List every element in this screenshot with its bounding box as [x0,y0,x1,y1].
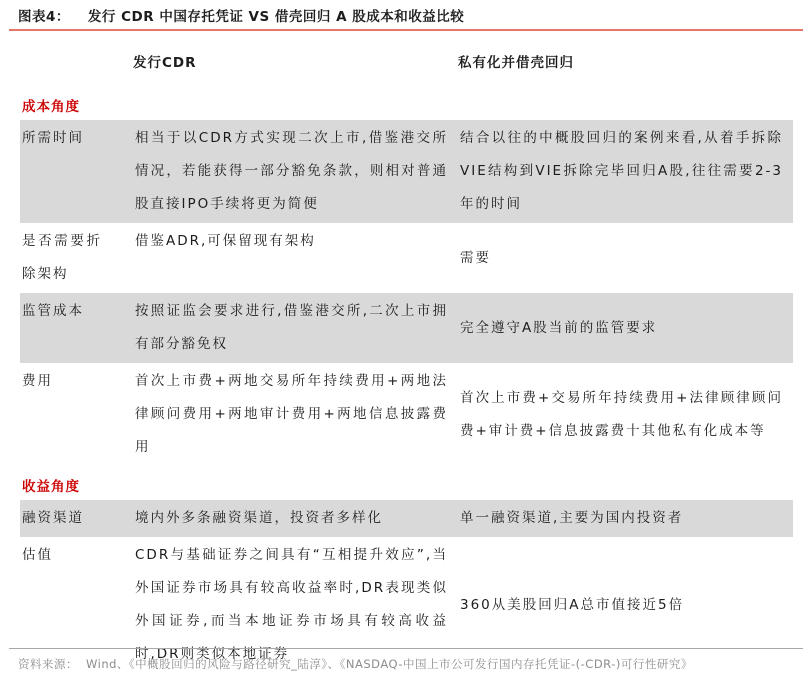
cell-fees-backdoor: 首次上市费+交易所年持续费用+法律顾律顾问费+审计费+信息披露费十其他私有化成本… [458,380,793,450]
cell-regulation-cdr: 按照证监会要求进行,借鉴港交所,二次上市拥有部分豁免权 [133,293,458,363]
comparison-table: 发行CDR 私有化并借壳回归 成本角度 所需时间 相当于以CDR方式实现二次上市… [20,31,793,673]
source-text: Wind、《中概股回归的风险与路径研究_陆淳》、《NASDAQ-中国上市公可发行… [86,657,693,671]
section-header-cost: 成本角度 [20,93,793,120]
source-footer: 资料来源：Wind、《中概股回归的风险与路径研究_陆淳》、《NASDAQ-中国上… [0,648,812,672]
row-label-financing: 融资渠道 [20,500,133,537]
figure-title: 发行 CDR 中国存托凭证 VS 借壳回归 A 股成本和收益比较 [88,9,464,25]
row-label-fees: 费用 [20,363,133,466]
cell-structure-cdr: 借鉴ADR,可保留现有架构 [133,223,458,293]
cell-time-cdr: 相当于以CDR方式实现二次上市,借鉴港交所情况，若能获得一部分豁免条款，则相对普… [133,120,458,223]
row-label-regulation: 监管成本 [20,293,133,363]
source-label: 资料来源： [18,657,78,671]
figure-number: 图表4： [18,9,70,25]
column-header-row: 发行CDR 私有化并借壳回归 [20,31,793,93]
cell-financing-cdr: 境内外多条融资渠道，投资者多样化 [133,500,458,537]
section-header-benefit: 收益角度 [20,466,793,500]
row-label-time: 所需时间 [20,120,133,223]
report-page: 图表4：发行 CDR 中国存托凭证 VS 借壳回归 A 股成本和收益比较 发行C… [0,0,812,674]
table-row-time: 所需时间 相当于以CDR方式实现二次上市,借鉴港交所情况，若能获得一部分豁免条款… [20,120,793,223]
column-header-blank [20,51,133,71]
cell-regulation-backdoor: 完全遵守A股当前的监管要求 [458,310,793,347]
source-line: 资料来源：Wind、《中概股回归的风险与路径研究_陆淳》、《NASDAQ-中国上… [0,656,812,672]
figure-title-row: 图表4：发行 CDR 中国存托凭证 VS 借壳回归 A 股成本和收益比较 [0,0,812,25]
footer-rule [9,648,803,649]
cell-time-backdoor: 结合以往的中概股回归的案例来看,从着手拆除VIE结构到VIE拆除完毕回归A股,往… [458,120,793,223]
cell-financing-backdoor: 单一融资渠道,主要为国内投资者 [458,500,793,537]
table-row-structure: 是否需要折除架构 借鉴ADR,可保留现有架构 需要 [20,223,793,293]
table-row-regulation: 监管成本 按照证监会要求进行,借鉴港交所,二次上市拥有部分豁免权 完全遵守A股当… [20,293,793,363]
cell-structure-backdoor: 需要 [458,240,793,277]
row-label-structure: 是否需要折除架构 [20,223,133,293]
table-row-fees: 费用 首次上市费+两地交易所年持续费用+两地法律顾问费用+两地审计费用+两地信息… [20,363,793,466]
column-header-cdr: 发行CDR [133,51,458,71]
cell-fees-cdr: 首次上市费+两地交易所年持续费用+两地法律顾问费用+两地审计费用+两地信息披露费… [133,363,458,466]
cell-valuation-backdoor: 360从美股回归A总市值接近5倍 [458,587,793,624]
table-row-financing: 融资渠道 境内外多条融资渠道，投资者多样化 单一融资渠道,主要为国内投资者 [20,500,793,537]
column-header-backdoor: 私有化并借壳回归 [458,51,793,71]
